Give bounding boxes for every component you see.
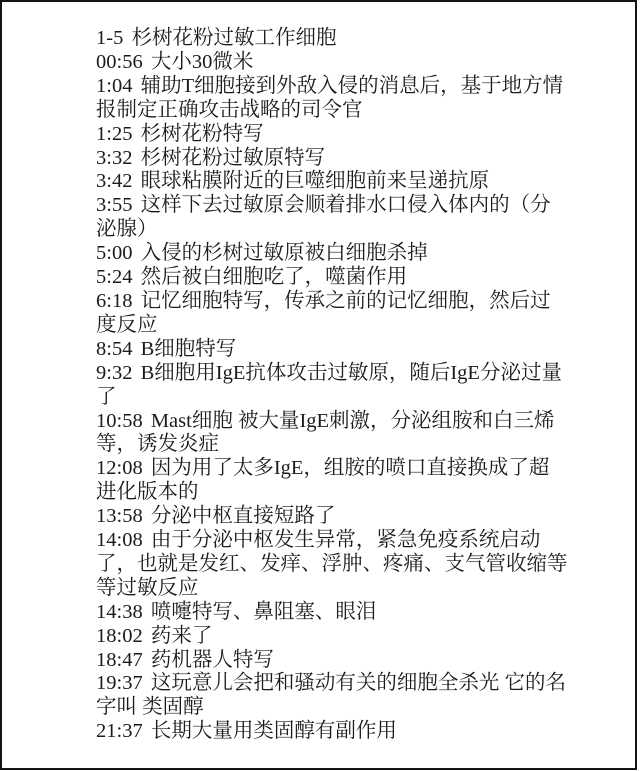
- note-entry: 8:54 B细胞特写: [96, 338, 568, 362]
- note-text: 入侵的杉树过敏原被白细胞杀掉: [141, 242, 428, 264]
- note-entry: 21:37 长期大量用类固醇有副作用: [96, 720, 568, 744]
- note-text: 辅助T细胞接到外敌入侵的消息后，基于地方情报制定正确攻击战略的司令官: [96, 75, 563, 121]
- note-timestamp: 9:32: [96, 362, 132, 384]
- note-timestamp: 10:58: [96, 410, 143, 432]
- note-timestamp: 6:18: [96, 290, 132, 312]
- note-text: 这样下去过敏原会顺着排水口侵入体内的（分泌腺）: [96, 194, 551, 240]
- note-timestamp: 18:02: [96, 625, 143, 647]
- note-timestamp: 14:38: [96, 601, 143, 623]
- note-timestamp: 1-5: [96, 27, 123, 49]
- note-entry: 18:47 药机器人特写: [96, 649, 568, 673]
- note-text: 分泌中枢直接短路了: [151, 505, 336, 527]
- note-entry: 5:24 然后被白细胞吃了，噬菌作用: [96, 266, 568, 290]
- note-entry: 3:55 这样下去过敏原会顺着排水口侵入体内的（分泌腺）: [96, 194, 568, 242]
- note-text: 长期大量用类固醇有副作用: [151, 720, 397, 742]
- note-entry: 1:25 杉树花粉特写: [96, 123, 568, 147]
- note-entry: 10:58 Mast细胞 被大量IgE刺激，分泌组胺和白三烯等，诱发炎症: [96, 410, 568, 458]
- note-timestamp: 5:24: [96, 266, 132, 288]
- note-text: 然后被白细胞吃了，噬菌作用: [141, 266, 408, 288]
- note-text: 杉树花粉特写: [141, 123, 264, 145]
- note-text: 杉树花粉过敏工作细胞: [131, 27, 336, 49]
- note-text: 记忆细胞特写，传承之前的记忆细胞，然后过度反应: [96, 290, 551, 336]
- note-entry: 13:58 分泌中枢直接短路了: [96, 505, 568, 529]
- note-entry: 1:04 辅助T细胞接到外敌入侵的消息后，基于地方情报制定正确攻击战略的司令官: [96, 75, 568, 123]
- note-timestamp: 12:08: [96, 457, 143, 479]
- note-text: Mast细胞 被大量IgE刺激，分泌组胺和白三烯等，诱发炎症: [96, 410, 555, 456]
- note-text: 由于分泌中枢发生异常，紧急免疫系统启动了，也就是发红、发痒、浮肿、疼痛、支气管收…: [96, 529, 568, 599]
- note-timestamp: 8:54: [96, 338, 132, 360]
- note-timestamp: 1:25: [96, 123, 132, 145]
- note-timestamp: 00:56: [96, 51, 143, 73]
- note-timestamp: 1:04: [96, 75, 132, 97]
- note-entry: 5:00 入侵的杉树过敏原被白细胞杀掉: [96, 242, 568, 266]
- note-text: 眼球粘膜附近的巨噬细胞前来呈递抗原: [141, 170, 490, 192]
- note-timestamp: 21:37: [96, 720, 143, 742]
- note-entry: 00:56 大小30微米: [96, 51, 568, 75]
- note-timestamp: 5:00: [96, 242, 132, 264]
- note-entry: 9:32 B细胞用IgE抗体攻击过敏原，随后IgE分泌过量了: [96, 362, 568, 410]
- note-text: 这玩意儿会把和骚动有关的细胞全杀光 它的名字叫 类固醇: [96, 672, 566, 718]
- note-entry: 19:37 这玩意儿会把和骚动有关的细胞全杀光 它的名字叫 类固醇: [96, 672, 568, 720]
- note-entry: 3:42 眼球粘膜附近的巨噬细胞前来呈递抗原: [96, 170, 568, 194]
- note-text: B细胞特写: [141, 338, 237, 360]
- note-entry: 3:32 杉树花粉过敏原特写: [96, 147, 568, 171]
- note-text: 杉树花粉过敏原特写: [141, 147, 326, 169]
- timestamped-notes-list: 1-5 杉树花粉过敏工作细胞 00:56 大小30微米 1:04 辅助T细胞接到…: [96, 27, 568, 744]
- note-text: B细胞用IgE抗体攻击过敏原，随后IgE分泌过量了: [96, 362, 562, 408]
- note-entry: 14:08 由于分泌中枢发生异常，紧急免疫系统启动了，也就是发红、发痒、浮肿、疼…: [96, 529, 568, 601]
- note-entry: 1-5 杉树花粉过敏工作细胞: [96, 27, 568, 51]
- note-text: 药来了: [151, 625, 213, 647]
- note-timestamp: 18:47: [96, 649, 143, 671]
- note-timestamp: 3:42: [96, 170, 132, 192]
- note-timestamp: 13:58: [96, 505, 143, 527]
- note-timestamp: 14:08: [96, 529, 143, 551]
- note-timestamp: 19:37: [96, 672, 143, 694]
- note-text: 大小30微米: [151, 51, 254, 73]
- note-entry: 18:02 药来了: [96, 625, 568, 649]
- note-entry: 14:38 喷嚏特写、鼻阻塞、眼泪: [96, 601, 568, 625]
- note-timestamp: 3:55: [96, 194, 132, 216]
- note-text: 药机器人特写: [151, 649, 274, 671]
- note-entry: 6:18 记忆细胞特写，传承之前的记忆细胞，然后过度反应: [96, 290, 568, 338]
- note-text: 因为用了太多IgE，组胺的喷口直接换成了超进化版本的: [96, 457, 549, 503]
- note-timestamp: 3:32: [96, 147, 132, 169]
- note-text: 喷嚏特写、鼻阻塞、眼泪: [151, 601, 377, 623]
- note-entry: 12:08 因为用了太多IgE，组胺的喷口直接换成了超进化版本的: [96, 457, 568, 505]
- notes-page: 1-5 杉树花粉过敏工作细胞 00:56 大小30微米 1:04 辅助T细胞接到…: [0, 0, 640, 771]
